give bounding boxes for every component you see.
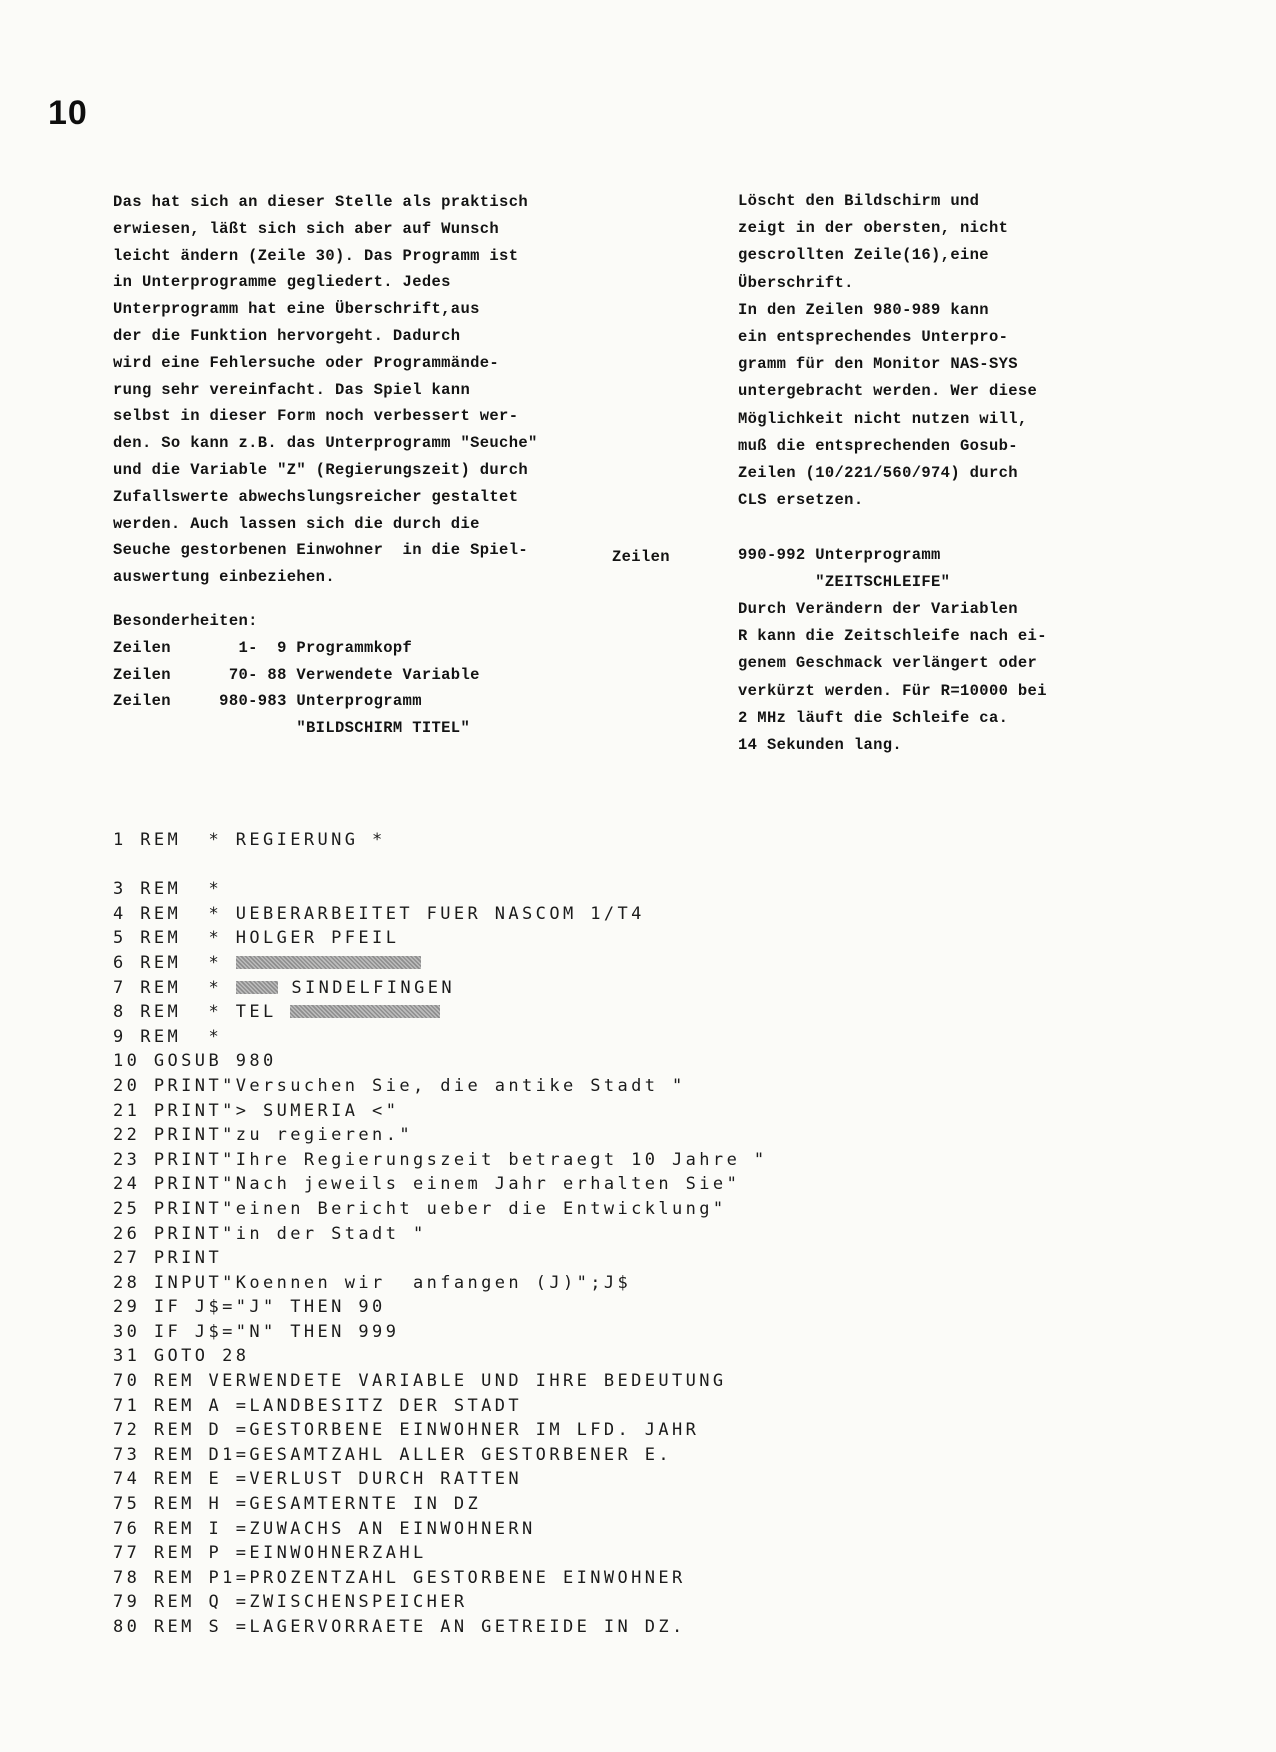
right-column-line: gramm für den Monitor NAS-SYS	[738, 351, 1047, 378]
listing-line: 28 INPUT"Koennen wir anfangen (J)";J$	[113, 1271, 767, 1296]
listing-pre-text: 28 INPUT"Koennen wir anfangen (J)";J$	[113, 1273, 631, 1293]
paragraph-line: auswertung einbeziehen.	[113, 564, 538, 591]
listing-pre-text: 80 REM S =LAGERVORRAETE AN GETREIDE IN D…	[113, 1617, 686, 1637]
right-column-line: 2 MHz läuft die Schleife ca.	[738, 705, 1047, 732]
paragraph-line: der die Funktion hervorgeht. Dadurch	[113, 323, 538, 350]
zeilen-table: Zeilen 1- 9 ProgrammkopfZeilen 70- 88 Ve…	[113, 635, 538, 742]
zeilen-row: Zeilen 980-983 Unterprogramm	[113, 688, 538, 715]
right-column-line: genem Geschmack verlängert oder	[738, 650, 1047, 677]
page-number: 10	[48, 94, 88, 133]
paragraph-line: und die Variable "Z" (Regierungszeit) du…	[113, 457, 538, 484]
paragraph-line: wird eine Fehlersuche oder Programmände-	[113, 350, 538, 377]
listing-line: 72 REM D =GESTORBENE EINWOHNER IM LFD. J…	[113, 1418, 767, 1443]
listing-line: 5 REM * HOLGER PFEIL	[113, 926, 767, 951]
listing-pre-text: 4 REM * UEBERARBEITET FUER NASCOM 1/T4	[113, 904, 645, 924]
listing-line: 30 IF J$="N" THEN 999	[113, 1320, 767, 1345]
listing-line: 27 PRINT	[113, 1246, 767, 1271]
right-column-line	[738, 514, 1047, 541]
paragraph-line: leicht ändern (Zeile 30). Das Programm i…	[113, 243, 538, 270]
listing-pre-text: 20 PRINT"Versuchen Sie, die antike Stadt…	[113, 1076, 686, 1096]
gap-zeilen-label: Zeilen	[612, 544, 670, 571]
paragraph-line: werden. Auch lassen sich die durch die	[113, 511, 538, 538]
listing-lines: 1 REM * REGIERUNG *3 REM *4 REM * UEBERA…	[113, 828, 767, 1640]
paragraph-line: Zufallswerte abwechslungsreicher gestalt…	[113, 484, 538, 511]
listing-line: 80 REM S =LAGERVORRAETE AN GETREIDE IN D…	[113, 1615, 767, 1640]
listing-pre-text: 76 REM I =ZUWACHS AN EINWOHNERN	[113, 1519, 536, 1539]
listing-line: 75 REM H =GESAMTERNTE IN DZ	[113, 1492, 767, 1517]
listing-pre-text: 73 REM D1=GESAMTZAHL ALLER GESTORBENER E…	[113, 1445, 672, 1465]
right-column-line: untergebracht werden. Wer diese	[738, 378, 1047, 405]
right-column-line: Möglichkeit nicht nutzen will,	[738, 406, 1047, 433]
listing-line: 25 PRINT"einen Bericht ueber die Entwick…	[113, 1197, 767, 1222]
listing-line: 77 REM P =EINWOHNERZAHL	[113, 1541, 767, 1566]
listing-pre-text: 71 REM A =LANDBESITZ DER STADT	[113, 1396, 522, 1416]
listing-pre-text: 6 REM *	[113, 953, 236, 973]
right-column-line: 14 Sekunden lang.	[738, 732, 1047, 759]
listing-line: 4 REM * UEBERARBEITET FUER NASCOM 1/T4	[113, 902, 767, 927]
listing-line: 31 GOTO 28	[113, 1344, 767, 1369]
listing-line: 26 PRINT"in der Stadt "	[113, 1222, 767, 1247]
listing-line: 76 REM I =ZUWACHS AN EINWOHNERN	[113, 1517, 767, 1542]
right-column-line: zeigt in der obersten, nicht	[738, 215, 1047, 242]
listing-pre-text: 30 IF J$="N" THEN 999	[113, 1322, 399, 1342]
paragraph-line: selbst in dieser Form noch verbessert we…	[113, 403, 538, 430]
listing-line: 74 REM E =VERLUST DURCH RATTEN	[113, 1467, 767, 1492]
listing-pre-text: 1 REM * REGIERUNG *	[113, 830, 386, 850]
listing-line: 10 GOSUB 980	[113, 1049, 767, 1074]
paragraph-line: Seuche gestorbenen Einwohner in die Spie…	[113, 537, 538, 564]
right-column-line: Überschrift.	[738, 270, 1047, 297]
program-listing: 1 REM * REGIERUNG *3 REM *4 REM * UEBERA…	[113, 828, 767, 1640]
right-column-line: ein entsprechendes Unterpro-	[738, 324, 1047, 351]
right-column: Löscht den Bildschirm undzeigt in der ob…	[738, 188, 1047, 759]
right-column-line: verkürzt werden. Für R=10000 bei	[738, 678, 1047, 705]
listing-pre-text: 25 PRINT"einen Bericht ueber die Entwick…	[113, 1199, 727, 1219]
right-column-line: Löscht den Bildschirm und	[738, 188, 1047, 215]
listing-line: 79 REM Q =ZWISCHENSPEICHER	[113, 1590, 767, 1615]
paragraph-line: rung sehr vereinfacht. Das Spiel kann	[113, 377, 538, 404]
right-column-line: "ZEITSCHLEIFE"	[738, 569, 1047, 596]
listing-pre-text: 24 PRINT"Nach jeweils einem Jahr erhalte…	[113, 1174, 740, 1194]
listing-pre-text: 70 REM VERWENDETE VARIABLE UND IHRE BEDE…	[113, 1371, 727, 1391]
redaction-bar	[236, 956, 421, 969]
listing-pre-text: 78 REM P1=PROZENTZAHL GESTORBENE EINWOHN…	[113, 1568, 686, 1588]
listing-line: 24 PRINT"Nach jeweils einem Jahr erhalte…	[113, 1172, 767, 1197]
right-column-line: R kann die Zeitschleife nach ei-	[738, 623, 1047, 650]
right-column-line: Zeilen (10/221/560/974) durch	[738, 460, 1047, 487]
listing-pre-text: 74 REM E =VERLUST DURCH RATTEN	[113, 1469, 522, 1489]
listing-line: 23 PRINT"Ihre Regierungszeit betraegt 10…	[113, 1148, 767, 1173]
listing-line: 9 REM *	[113, 1025, 767, 1050]
listing-line: 22 PRINT"zu regieren."	[113, 1123, 767, 1148]
listing-pre-text: 23 PRINT"Ihre Regierungszeit betraegt 10…	[113, 1150, 767, 1170]
listing-pre-text: 77 REM P =EINWOHNERZAHL	[113, 1543, 427, 1563]
left-column: Das hat sich an dieser Stelle als prakti…	[113, 189, 538, 742]
listing-pre-text: 21 PRINT"> SUMERIA <"	[113, 1101, 399, 1121]
listing-pre-text: 72 REM D =GESTORBENE EINWOHNER IM LFD. J…	[113, 1420, 699, 1440]
listing-post-text: SINDELFINGEN	[278, 978, 455, 998]
listing-line	[113, 853, 767, 878]
left-paragraph: Das hat sich an dieser Stelle als prakti…	[113, 189, 538, 591]
listing-line: 78 REM P1=PROZENTZAHL GESTORBENE EINWOHN…	[113, 1566, 767, 1591]
listing-pre-text: 22 PRINT"zu regieren."	[113, 1125, 413, 1145]
listing-pre-text: 75 REM H =GESAMTERNTE IN DZ	[113, 1494, 481, 1514]
listing-pre-text: 27 PRINT	[113, 1248, 222, 1268]
listing-line: 73 REM D1=GESAMTZAHL ALLER GESTORBENER E…	[113, 1443, 767, 1468]
listing-pre-text: 9 REM *	[113, 1027, 222, 1047]
redaction-bar	[290, 1005, 440, 1018]
listing-line: 6 REM *	[113, 951, 767, 976]
besonderheiten-heading: Besonderheiten:	[113, 608, 538, 635]
listing-pre-text: 3 REM *	[113, 879, 222, 899]
listing-pre-text: 5 REM * HOLGER PFEIL	[113, 928, 399, 948]
listing-line: 3 REM *	[113, 877, 767, 902]
right-column-line: CLS ersetzen.	[738, 487, 1047, 514]
paragraph-line: erwiesen, läßt sich sich aber auf Wunsch	[113, 216, 538, 243]
paragraph-line: den. So kann z.B. das Unterprogramm "Seu…	[113, 430, 538, 457]
listing-pre-text: 8 REM * TEL	[113, 1002, 290, 1022]
redaction-bar	[236, 981, 278, 994]
listing-line: 71 REM A =LANDBESITZ DER STADT	[113, 1394, 767, 1419]
listing-pre-text: 7 REM *	[113, 978, 236, 998]
listing-line: 20 PRINT"Versuchen Sie, die antike Stadt…	[113, 1074, 767, 1099]
listing-line: 1 REM * REGIERUNG *	[113, 828, 767, 853]
zeilen-row: "BILDSCHIRM TITEL"	[113, 715, 538, 742]
listing-pre-text: 29 IF J$="J" THEN 90	[113, 1297, 386, 1317]
right-column-line: Durch Verändern der Variablen	[738, 596, 1047, 623]
listing-pre-text: 31 GOTO 28	[113, 1346, 249, 1366]
right-column-line: In den Zeilen 980-989 kann	[738, 297, 1047, 324]
right-column-line: gescrollten Zeile(16),eine	[738, 242, 1047, 269]
zeilen-row: Zeilen 1- 9 Programmkopf	[113, 635, 538, 662]
listing-line: 70 REM VERWENDETE VARIABLE UND IHRE BEDE…	[113, 1369, 767, 1394]
right-column-line: muß die entsprechenden Gosub-	[738, 433, 1047, 460]
listing-pre-text: 79 REM Q =ZWISCHENSPEICHER	[113, 1592, 468, 1612]
right-column-line: 990-992 Unterprogramm	[738, 542, 1047, 569]
listing-line: 8 REM * TEL	[113, 1000, 767, 1025]
scanned-page: 10 Das hat sich an dieser Stelle als pra…	[0, 0, 1276, 1752]
paragraph-line: in Unterprogramme gegliedert. Jedes	[113, 269, 538, 296]
right-paragraph: Löscht den Bildschirm undzeigt in der ob…	[738, 188, 1047, 759]
listing-line: 7 REM * SINDELFINGEN	[113, 976, 767, 1001]
listing-line: 29 IF J$="J" THEN 90	[113, 1295, 767, 1320]
listing-pre-text: 10 GOSUB 980	[113, 1051, 277, 1071]
paragraph-line: Unterprogramm hat eine Überschrift,aus	[113, 296, 538, 323]
zeilen-row: Zeilen 70- 88 Verwendete Variable	[113, 662, 538, 689]
listing-pre-text: 26 PRINT"in der Stadt "	[113, 1224, 427, 1244]
paragraph-line: Das hat sich an dieser Stelle als prakti…	[113, 189, 538, 216]
listing-line: 21 PRINT"> SUMERIA <"	[113, 1099, 767, 1124]
